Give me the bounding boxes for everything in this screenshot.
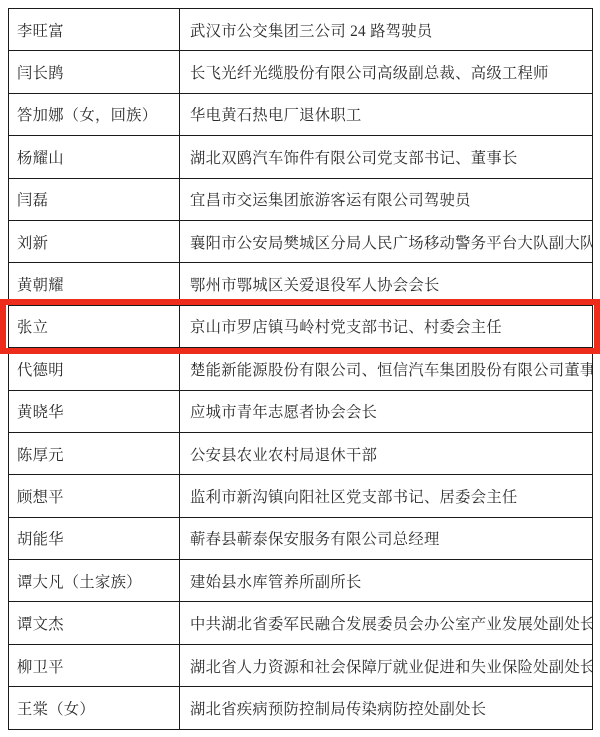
table-row: 闫长鹍 长飞光纤光缆股份有限公司高级副总裁、高级工程师 <box>9 51 593 93</box>
table-row: 胡能华 蕲春县蕲泰保安服务有限公司总经理 <box>9 517 593 559</box>
roster-table-body: 李旺富 武汉市公交集团三公司 24 路驾驶员 闫长鹍 长飞光纤光缆股份有限公司高… <box>9 9 593 730</box>
title-cell: 武汉市公交集团三公司 24 路驾驶员 <box>180 9 593 51</box>
roster-table: 李旺富 武汉市公交集团三公司 24 路驾驶员 闫长鹍 长飞光纤光缆股份有限公司高… <box>8 8 593 730</box>
table-row: 答加娜（女，回族） 华电黄石热电厂退休职工 <box>9 93 593 135</box>
title-cell: 襄阳市公安局樊城区分局人民广场移动警务平台大队副大队长 <box>180 220 593 262</box>
table-row: 黄朝耀 鄂州市鄂城区关爱退役军人协会会长 <box>9 263 593 305</box>
name-cell: 黄晓华 <box>9 390 180 432</box>
table-row: 刘新 襄阳市公安局樊城区分局人民广场移动警务平台大队副大队长 <box>9 220 593 262</box>
table-row: 陈厚元 公安县农业农村局退休干部 <box>9 432 593 474</box>
title-cell: 华电黄石热电厂退休职工 <box>180 93 593 135</box>
title-cell: 应城市青年志愿者协会会长 <box>180 390 593 432</box>
table-row: 杨耀山 湖北双鸥汽车饰件有限公司党支部书记、董事长 <box>9 136 593 178</box>
title-cell: 湖北省疾病预防控制局传染病防控处副处长 <box>180 687 593 729</box>
table-row: 李旺富 武汉市公交集团三公司 24 路驾驶员 <box>9 9 593 51</box>
title-cell: 湖北省人力资源和社会保障厅就业促进和失业保险处副处长 <box>180 644 593 686</box>
table-row: 张立 京山市罗店镇马岭村党支部书记、村委会主任 <box>9 305 593 347</box>
name-cell: 顾想平 <box>9 475 180 517</box>
table-row: 代德明 楚能新能源股份有限公司、恒信汽车集团股份有限公司董事长 <box>9 348 593 390</box>
table-row: 黄晓华 应城市青年志愿者协会会长 <box>9 390 593 432</box>
name-cell: 答加娜（女，回族） <box>9 93 180 135</box>
title-cell: 公安县农业农村局退休干部 <box>180 432 593 474</box>
name-cell: 陈厚元 <box>9 432 180 474</box>
name-cell: 闫长鹍 <box>9 51 180 93</box>
title-cell: 鄂州市鄂城区关爱退役军人协会会长 <box>180 263 593 305</box>
name-cell: 李旺富 <box>9 9 180 51</box>
title-cell: 京山市罗店镇马岭村党支部书记、村委会主任 <box>180 305 593 347</box>
name-cell: 杨耀山 <box>9 136 180 178</box>
name-cell: 黄朝耀 <box>9 263 180 305</box>
title-cell: 长飞光纤光缆股份有限公司高级副总裁、高级工程师 <box>180 51 593 93</box>
title-cell: 建始县水库管养所副所长 <box>180 560 593 602</box>
name-cell: 胡能华 <box>9 517 180 559</box>
name-cell: 柳卫平 <box>9 644 180 686</box>
table-row: 谭大凡（土家族） 建始县水库管养所副所长 <box>9 560 593 602</box>
page: 李旺富 武汉市公交集团三公司 24 路驾驶员 闫长鹍 长飞光纤光缆股份有限公司高… <box>0 0 600 737</box>
title-cell: 宜昌市交运集团旅游客运有限公司驾驶员 <box>180 178 593 220</box>
table-row: 闫磊 宜昌市交运集团旅游客运有限公司驾驶员 <box>9 178 593 220</box>
table-row: 顾想平 监利市新沟镇向阳社区党支部书记、居委会主任 <box>9 475 593 517</box>
name-cell: 闫磊 <box>9 178 180 220</box>
name-cell: 谭文杰 <box>9 602 180 644</box>
table-row: 谭文杰 中共湖北省委军民融合发展委员会办公室产业发展处副处长 <box>9 602 593 644</box>
title-cell: 中共湖北省委军民融合发展委员会办公室产业发展处副处长 <box>180 602 593 644</box>
name-cell: 谭大凡（土家族） <box>9 560 180 602</box>
name-cell: 王棠（女） <box>9 687 180 729</box>
title-cell: 湖北双鸥汽车饰件有限公司党支部书记、董事长 <box>180 136 593 178</box>
title-cell: 蕲春县蕲泰保安服务有限公司总经理 <box>180 517 593 559</box>
table-row: 王棠（女） 湖北省疾病预防控制局传染病防控处副处长 <box>9 687 593 729</box>
title-cell: 监利市新沟镇向阳社区党支部书记、居委会主任 <box>180 475 593 517</box>
name-cell: 刘新 <box>9 220 180 262</box>
table-row: 柳卫平 湖北省人力资源和社会保障厅就业促进和失业保险处副处长 <box>9 644 593 686</box>
name-cell: 代德明 <box>9 348 180 390</box>
title-cell: 楚能新能源股份有限公司、恒信汽车集团股份有限公司董事长 <box>180 348 593 390</box>
name-cell: 张立 <box>9 305 180 347</box>
